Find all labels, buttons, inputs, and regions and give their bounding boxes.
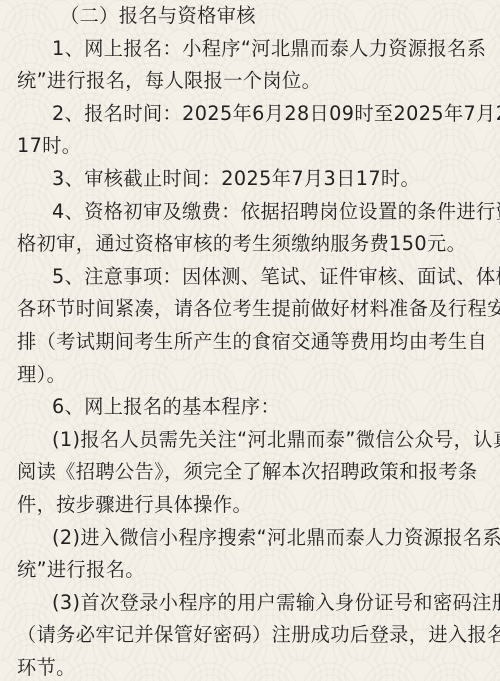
sub-item-follow-account: (1)报名人员需先关注“河北鼎而泰”微信公众号，认真 阅读《招聘公告》，须完全了… xyxy=(17,424,484,522)
item-registration-time: 2、报名时间：2025年6月28日09时至2025年7月2日 17时。 xyxy=(17,98,484,163)
item-line: 2、报名时间：2025年6月28日09时至2025年7月2日 xyxy=(17,98,484,131)
sub-item-first-login: (3)首次登录小程序的用户需输入身份证号和密码注册 （请务必牢记并保管好密码）注… xyxy=(17,587,484,681)
item-line: 件，按步骤进行具体操作。 xyxy=(17,489,484,522)
item-line: 4、资格初审及缴费：依据招聘岗位设置的条件进行资 xyxy=(17,196,484,229)
item-line: 各环节时间紧凑，请各位考生提前做好材料准备及行程安 xyxy=(17,293,484,326)
item-line: 17时。 xyxy=(17,130,484,163)
sub-item-search-miniprogram: (2)进入微信小程序搜索“河北鼎而泰人力资源报名系 统”进行报名。 xyxy=(17,522,484,587)
item-line: 1、网上报名：小程序“河北鼎而泰人力资源报名系 xyxy=(17,33,484,66)
item-line: 3、审核截止时间：2025年7月3日17时。 xyxy=(17,163,484,196)
item-line: 格初审，通过资格审核的考生须缴纳服务费150元。 xyxy=(17,228,484,261)
item-online-registration: 1、网上报名：小程序“河北鼎而泰人力资源报名系 统”进行报名，每人限报一个岗位。 xyxy=(17,33,484,98)
item-line: 6、网上报名的基本程序： xyxy=(17,391,484,424)
item-line: 阅读《招聘公告》，须完全了解本次招聘政策和报考条 xyxy=(17,456,484,489)
item-line: 排（考试期间考生所产生的食宿交通等费用均由考生自 xyxy=(17,326,484,359)
item-review-deadline: 3、审核截止时间：2025年7月3日17时。 xyxy=(17,163,484,196)
section-heading: （二）报名与资格审核 xyxy=(17,0,484,33)
item-line: (3)首次登录小程序的用户需输入身份证号和密码注册 xyxy=(17,587,484,620)
item-basic-procedure: 6、网上报名的基本程序： xyxy=(17,391,484,424)
item-notes: 5、注意事项：因体测、笔试、证件审核、面试、体检 各环节时间紧凑，请各位考生提前… xyxy=(17,261,484,391)
item-line: （请务必牢记并保管好密码）注册成功后登录，进入报名 xyxy=(17,619,484,652)
document-body: （二）报名与资格审核 1、网上报名：小程序“河北鼎而泰人力资源报名系 统”进行报… xyxy=(0,0,500,681)
item-line: 统”进行报名，每人限报一个岗位。 xyxy=(17,65,484,98)
item-line: (2)进入微信小程序搜索“河北鼎而泰人力资源报名系 xyxy=(17,522,484,555)
item-line: 5、注意事项：因体测、笔试、证件审核、面试、体检 xyxy=(17,261,484,294)
item-line: 统”进行报名。 xyxy=(17,554,484,587)
item-line: (1)报名人员需先关注“河北鼎而泰”微信公众号，认真 xyxy=(17,424,484,457)
item-qualification-fee: 4、资格初审及缴费：依据招聘岗位设置的条件进行资 格初审，通过资格审核的考生须缴… xyxy=(17,196,484,261)
item-line: 环节。 xyxy=(17,652,484,681)
item-line: 理）。 xyxy=(17,359,484,392)
